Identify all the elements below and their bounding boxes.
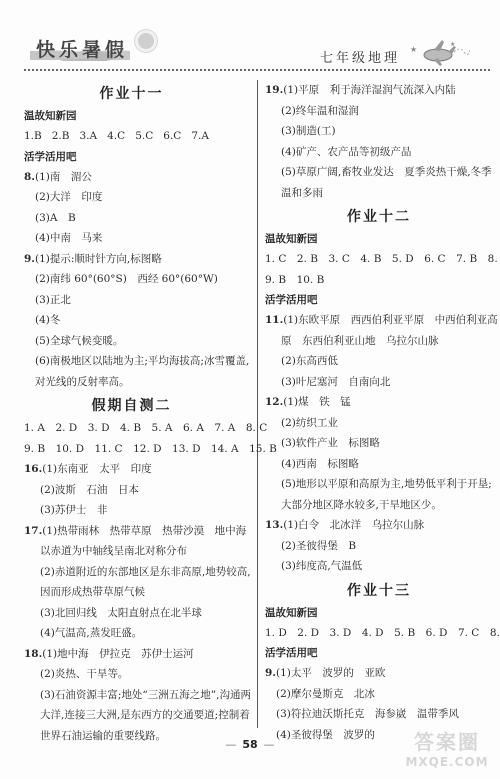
mc-answers: 9. B 10. B — [265, 270, 493, 291]
answer-line: (2)摩尔曼斯克 北冰 — [265, 684, 493, 705]
answer-line: (2)赤道附近的东部地区是东非高原,地势较高, — [24, 562, 239, 583]
answer-line: (3)苏伊士 非 — [24, 500, 239, 521]
mc-answers: 1.B 2.B 3.A 4.C 5.C 6.C 7.A — [24, 126, 239, 147]
mc-answers: 1. C 2. B 3. C 4. B 5. D 6. C 7. B 8. C — [265, 249, 493, 270]
answer-line: (4)矿产、农产品等初级产品 — [265, 142, 493, 163]
answer-line: 大洋,连接三大洲,是东西方的交通要道;控制着 — [24, 705, 239, 726]
answer-line: 8.(1)南 湄公 — [24, 167, 239, 188]
answer-line: 16.(1)东南亚 太平 印度 — [24, 459, 239, 480]
answer-line: (2)炎热、干旱等。 — [24, 664, 239, 685]
subsection-heading: 活学活用吧 — [265, 290, 493, 310]
subsection-heading: 温故知新园 — [265, 229, 493, 249]
answer-line: 18.(1)地中海 伊拉克 苏伊士运河 — [24, 644, 239, 665]
answer-line: (3)纬度高,气温低 — [265, 556, 493, 577]
answer-line: (4)中南 马来 — [24, 228, 239, 249]
answer-line: (2)终年温和湿润 — [265, 101, 493, 122]
answer-line: 温和多雨 — [265, 183, 493, 204]
answer-line: 11.(1)东欧平原 西西伯利亚平原 中西伯利亚高 — [265, 310, 493, 331]
answer-line: 大部分地区降水较多,干旱地区少。 — [265, 495, 493, 516]
subsection-heading: 活学活用吧 — [265, 643, 493, 663]
answer-line: (5)地形以平原和高原为主,地势低平利于开垦; — [265, 474, 493, 495]
answer-line: (2)南纬 60°(60°S) 西经 60°(60°W) — [24, 269, 239, 290]
answer-line: (3)A B — [24, 208, 239, 229]
left-column: 作业十一 温故知新园 1.B 2.B 3.A 4.C 5.C 6.C 7.A 活… — [24, 80, 239, 746]
answer-line: (3)软件产业 标图略 — [265, 433, 493, 454]
subsection-heading: 温故知新园 — [24, 106, 239, 126]
answer-line: (6)南极地区以陆地为主;平均海拔高;冰雪覆盖, — [24, 351, 239, 372]
airplane-icon: ★ ★ — [410, 38, 470, 68]
subject-title: 七年级地理 — [320, 47, 400, 66]
answer-line: (5)全球气候变暖。 — [24, 331, 239, 352]
answer-line: 原 东西伯利亚山地 乌拉尔山脉 — [265, 331, 493, 352]
answer-line: 19.(1)平原 利于海洋湿润气流深入内陆 — [265, 80, 493, 101]
header-divider — [24, 69, 490, 71]
subsection-heading: 温故知新园 — [265, 603, 493, 623]
mc-answers: 9. B 10. D 11. C 12. D 13. D 14. A 15. B — [24, 439, 239, 460]
answer-line: 9.(1)提示:顺时针方向,标图略 — [24, 249, 239, 270]
answer-line: 17.(1)热带雨林 热带草原 热带沙漠 地中海 — [24, 521, 239, 542]
answer-line: 12.(1)煤 铁 锰 — [265, 392, 493, 413]
answer-line: (2)大洋 印度 — [24, 187, 239, 208]
brand-logo: 快乐暑假 — [24, 33, 136, 61]
section-title: 作业十一 — [24, 82, 239, 106]
brand-title: 快乐暑假 — [36, 35, 128, 62]
answer-line: 13.(1)白令 北冰洋 乌拉尔山脉 — [265, 515, 493, 536]
answer-line: (4)气温高,蒸发旺盛。 — [24, 623, 239, 644]
answer-line: (4)西南 标图略 — [265, 454, 493, 475]
answer-line: (5)草原广阔,畜牧业发达 夏季炎热干燥,冬季 — [265, 162, 493, 183]
answer-line: (2)纺织工业 — [265, 413, 493, 434]
page-header: 快乐暑假 七年级地理 ★ ★ — [0, 0, 500, 72]
answer-line: (4)冬 — [24, 310, 239, 331]
answer-line: (2)圣彼得堡 B — [265, 536, 493, 557]
mc-answers: 1. A 2. D 3. D 4. B 5. A 6. A 7. A 8. C — [24, 418, 239, 439]
answer-line: (3)叶尼塞河 自南向北 — [265, 372, 493, 393]
answer-line: (3)制造(工) — [265, 121, 493, 142]
answer-line: (3)正北 — [24, 290, 239, 311]
sun-icon — [138, 33, 154, 49]
svg-text:★: ★ — [410, 45, 417, 54]
answer-line: 因而形成热带草原气候 — [24, 582, 239, 603]
answer-line: (2)波斯 石油 日本 — [24, 480, 239, 501]
answer-line: 以赤道为中轴线呈南北对称分布 — [24, 541, 239, 562]
answer-line: (3)符拉迪沃斯托克 海参崴 温带季风 — [265, 704, 493, 725]
section-title: 作业十三 — [265, 579, 493, 603]
section-title: 作业十二 — [265, 205, 493, 229]
answer-line: (2)东高西低 — [265, 351, 493, 372]
section-title: 假期自测二 — [24, 394, 239, 418]
svg-text:★: ★ — [450, 41, 455, 48]
column-divider — [257, 80, 258, 728]
answer-line: 9.(1)太平 波罗的 亚欧 — [265, 663, 493, 684]
answer-line: (3)石油资源丰富;地处“三洲五海之地”,沟通两 — [24, 685, 239, 706]
right-column: 19.(1)平原 利于海洋湿润气流深入内陆 (2)终年温和湿润 (3)制造(工)… — [265, 80, 493, 745]
subsection-heading: 活学活用吧 — [24, 147, 239, 167]
answer-line: 对光线的反射率高。 — [24, 372, 239, 393]
answer-line: (3)北回归线 太阳直射点在北半球 — [24, 603, 239, 624]
watermark: 答案圈 MXQE.COM — [402, 726, 492, 769]
mc-answers: 1. D 2. D 3. D 4. D 5. B 6. D 7. C 8. B — [265, 623, 493, 644]
